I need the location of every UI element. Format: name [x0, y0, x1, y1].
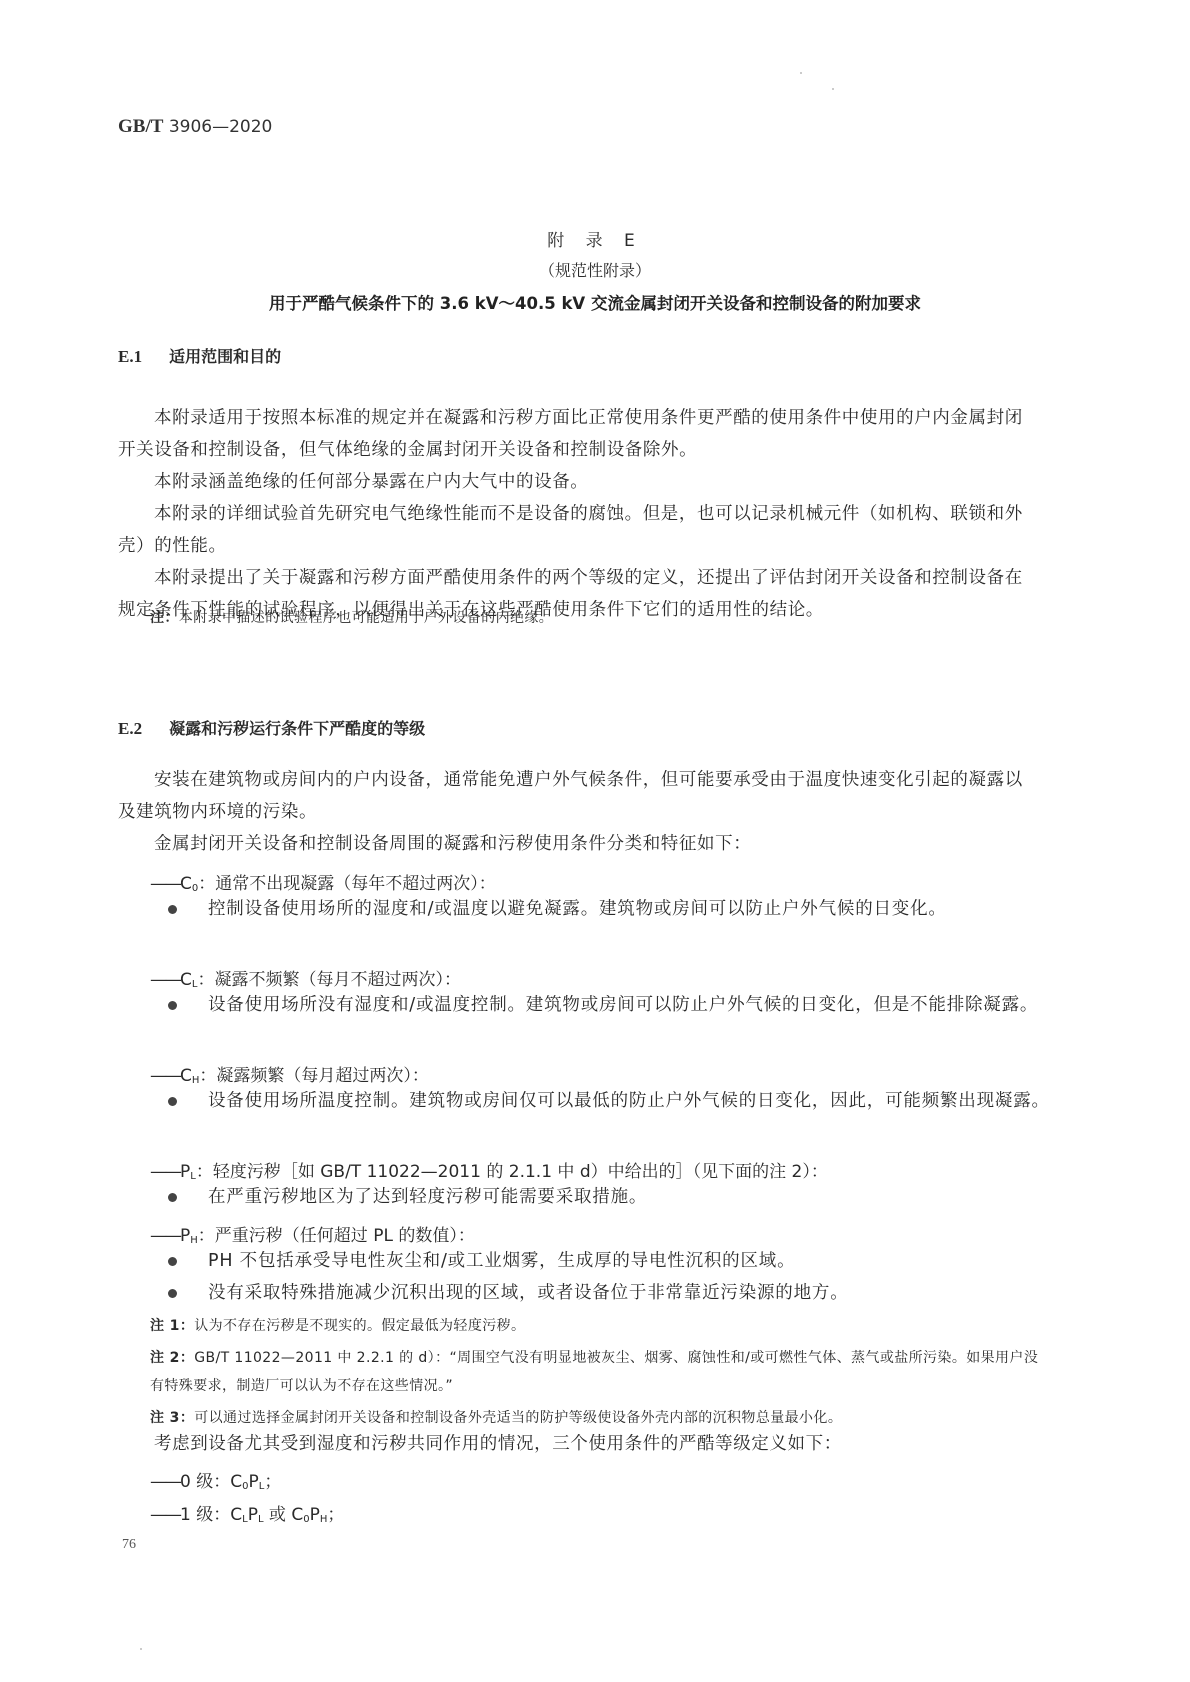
- paragraph: 安装在建筑物或房间内的户内设备，通常能免遭户外气候条件，但可能要承受由于温度快速…: [118, 764, 1038, 828]
- severity-level-1: ——1 级：CLPL 或 C0PH；: [150, 1500, 344, 1525]
- section-title: 凝露和污秽运行条件下严酷度的等级: [169, 719, 425, 738]
- paragraph: 金属封闭开关设备和控制设备周围的凝露和污秽使用条件分类和特征如下：: [118, 828, 1038, 860]
- note: 注：本附录中描述的试验程序也可能适用于户外设备的内绝缘。: [150, 604, 1040, 632]
- bullet-icon: [168, 1257, 177, 1266]
- bullet-icon: [168, 1193, 177, 1202]
- bullet-item: 在严重污秽地区为了达到轻度污秽可能需要采取措施。: [168, 1181, 1058, 1213]
- section-title: 适用范围和目的: [169, 347, 281, 366]
- paragraph: 本附录的详细试验首先研究电气绝缘性能而不是设备的腐蚀。但是，也可以记录机械元件（…: [118, 498, 1038, 562]
- annex-type: （规范性附录）: [0, 258, 1190, 281]
- bullet-icon: [168, 905, 177, 914]
- bullet-icon: [168, 1289, 177, 1298]
- condition-c0: ——C0：通常不出现凝露（每年不超过两次）：: [150, 869, 496, 894]
- standard-code-prefix: GB/T: [118, 116, 163, 137]
- bullet-item: 设备使用场所没有湿度和/或温度控制。建筑物或房间可以防止户外气候的日变化，但是不…: [168, 989, 1058, 1021]
- scan-speck: [832, 88, 834, 90]
- bullet-icon: [168, 1001, 177, 1010]
- section-heading-e1: E.1 适用范围和目的: [118, 344, 281, 367]
- standard-code-number: 3906—2020: [169, 117, 273, 137]
- condition-pl: ——PL：轻度污秽［如 GB/T 11022—2011 的 2.1.1 中 d）…: [150, 1157, 828, 1182]
- note: 注 1：认为不存在污秽是不现实的。假定最低为轻度污秽。: [150, 1312, 1040, 1340]
- note-label: 注：: [150, 610, 179, 626]
- standard-code: GB/T 3906—2020: [118, 116, 272, 138]
- bullet-icon: [168, 1097, 177, 1106]
- note: 注 2：GB/T 11022—2011 中 2.2.1 的 d）：“周围空气没有…: [150, 1344, 1040, 1400]
- paragraph: 本附录涵盖绝缘的任何部分暴露在户内大气中的设备。: [118, 466, 1038, 498]
- scan-speck: [800, 72, 802, 74]
- scan-speck: [140, 1648, 142, 1650]
- annex-title: 附 录 E: [0, 226, 1190, 251]
- paragraph: 考虑到设备尤其受到湿度和污秽共同作用的情况，三个使用条件的严酷等级定义如下：: [118, 1428, 1038, 1460]
- section-heading-e2: E.2 凝露和污秽运行条件下严酷度的等级: [118, 716, 425, 739]
- condition-ch: ——CH：凝露频繁（每月超过两次）：: [150, 1061, 429, 1086]
- paragraph: 本附录适用于按照本标准的规定并在凝露和污秽方面比正常使用条件更严酷的使用条件中使…: [118, 402, 1038, 466]
- bullet-item: 控制设备使用场所的湿度和/或温度以避免凝露。建筑物或房间可以防止户外气候的日变化…: [168, 893, 1058, 925]
- page-number: 76: [122, 1537, 136, 1553]
- section-number: E.2: [118, 719, 164, 739]
- condition-cl: ——CL：凝露不频繁（每月不超过两次）：: [150, 965, 461, 990]
- section-number: E.1: [118, 347, 164, 367]
- condition-ph: ——PH：严重污秽（任何超过 PL 的数值）：: [150, 1221, 475, 1246]
- bullet-item: PH 不包括承受导电性灰尘和/或工业烟雾，生成厚的导电性沉积的区域。: [168, 1245, 1058, 1277]
- severity-level-0: ——0 级：C0PL；: [150, 1467, 281, 1492]
- annex-heading: 用于严酷气候条件下的 3.6 kV～40.5 kV 交流金属封闭开关设备和控制设…: [0, 290, 1190, 314]
- note-text: 本附录中描述的试验程序也可能适用于户外设备的内绝缘。: [179, 610, 553, 626]
- bullet-item: 没有采取特殊措施减少沉积出现的区域，或者设备位于非常靠近污染源的地方。: [168, 1277, 1058, 1309]
- bullet-item: 设备使用场所温度控制。建筑物或房间仅可以最低的防止户外气候的日变化，因此，可能频…: [168, 1085, 1058, 1117]
